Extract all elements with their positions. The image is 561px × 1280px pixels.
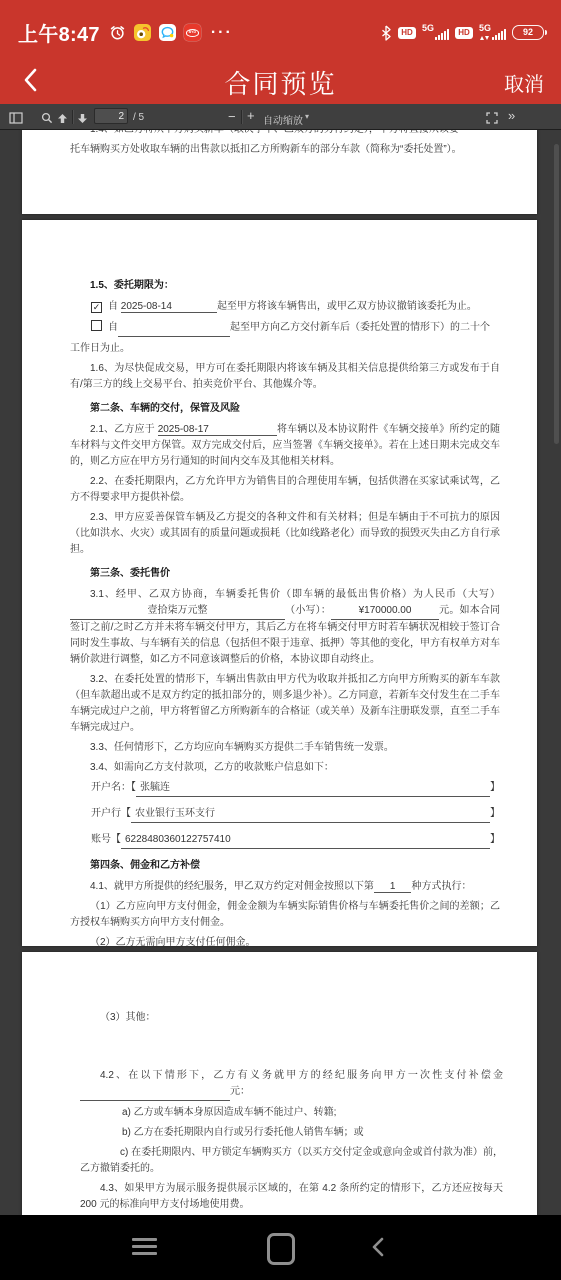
delivery-date-value: 2025-08-17 <box>158 424 277 436</box>
page-number-input[interactable] <box>94 108 128 124</box>
term-option-2-row: 自 起至甲方向乙方交付新车后（委托处置的情形下）的二十个 <box>70 319 500 337</box>
clause-1-4-clipped: 1.4、如乙方将从甲方购买新车（取决于甲、乙双方的另行约定），甲方将直接从该委 <box>70 130 500 139</box>
section-4-heading: 第四条、佣金和乙方补偿 <box>70 858 500 874</box>
clause-1-4-line2: 托车辆购买方处收取车辆的出售款以抵扣乙方所购新车的部分车款（简称为“委托处置”）… <box>70 142 500 158</box>
toolbar-overflow-button[interactable]: » <box>508 109 515 122</box>
account-number-row: 账号【6228480360122757410】 <box>70 832 500 849</box>
expand-icon <box>486 112 498 124</box>
previous-page-button[interactable] <box>57 111 68 129</box>
clause-4-1-opt1: （1）乙方应向甲方支付佣金，佣金金额为车辆实际销售价格与车辆委托售价之间的差额；… <box>70 899 500 931</box>
arrow-up-icon <box>57 113 68 124</box>
scrollbar-thumb[interactable] <box>554 144 559 444</box>
page-count-label: / 5 <box>133 112 144 123</box>
clause-4-2-item-b: b) 乙方在委托期限内自行或另行委托他人销售车辆；或 <box>80 1125 503 1141</box>
term-option-2-cont: 工作日为止。 <box>70 341 500 357</box>
pdf-page-1: 1.4、如乙方将从甲方购买新车（取决于甲、乙双方的另行约定），甲方将直接从该委 … <box>22 130 537 214</box>
term-option-1-row: ✓自 2025-08-14起至甲方将该车辆售出，或甲乙双方协议撤销该委托为止。 <box>70 299 500 315</box>
next-page-button[interactable] <box>77 111 88 129</box>
section-2-heading: 第二条、车辆的交付，保管及风险 <box>70 401 500 417</box>
chat-app-icon <box>159 24 176 41</box>
battery-level: 92 <box>512 25 544 40</box>
pdf-toolbar: / 5 − + 自动缩放 ▾ » <box>0 104 561 130</box>
weibo-icon <box>134 24 151 41</box>
menu-icon <box>132 1238 157 1241</box>
app-header: 合同预览 取消 <box>0 55 561 104</box>
amount-chinese-value: 壹拾柒万元整 <box>70 603 285 620</box>
home-button[interactable] <box>267 1233 295 1265</box>
byd-app-icon: BYD <box>184 24 201 41</box>
presentation-mode-button[interactable] <box>486 111 498 129</box>
pdf-page-2: 1.5、委托期限为： ✓自 2025-08-14起至甲方将该车辆售出，或甲乙双方… <box>22 220 537 946</box>
nav-back-chevron-icon <box>370 1236 386 1258</box>
clause-4-1: 4.1、就甲方所提供的经纪服务，甲乙双方约定对佣金按照以下第1种方式执行： <box>70 879 500 895</box>
status-bar: 上午8:47 BYD ··· HD <box>0 0 561 55</box>
find-button[interactable] <box>41 111 53 129</box>
section-3-heading: 第三条、委托售价 <box>70 566 500 582</box>
account-number-value: 6228480360122757410 <box>121 832 490 849</box>
toolbar-divider <box>241 110 242 124</box>
alarm-icon <box>109 24 126 41</box>
amount-numeric-value: ¥170000.00 <box>331 603 439 620</box>
recents-button[interactable] <box>132 1238 157 1255</box>
start-date-value: 2025-08-14 <box>121 301 217 313</box>
clause-4-3: 4.3、如果甲方为展示服务提供展示区域的，在第 4.2 条所约定的情形下，乙方还… <box>80 1181 503 1213</box>
bank-value: 农业银行玉环支行 <box>131 806 490 823</box>
account-holder-row: 开户名：【张毓连】 <box>70 780 500 797</box>
clause-4-2-item-a: a) 乙方或车辆本身原因造成车辆不能过户、转籍; <box>80 1105 503 1121</box>
sidebar-toggle-button[interactable] <box>9 111 23 129</box>
clause-2-3: 2.3、甲方应妥善保管车辆及乙方提交的各种文件和有关材料；但是车辆由于不可抗力的… <box>70 510 500 558</box>
bluetooth-icon <box>380 25 392 41</box>
clause-4-2-item-c: c) 在委托期限内、甲方锁定车辆购买方（以买方交付定金或意向金或首付款为准）前，… <box>80 1145 503 1177</box>
toolbar-divider <box>72 110 73 124</box>
zoom-in-button[interactable]: + <box>247 109 255 122</box>
notification-icons: BYD ··· <box>109 24 233 42</box>
zoom-out-button[interactable]: − <box>228 110 236 123</box>
bank-label: 开户行【 <box>91 806 131 822</box>
commission-mode-value: 1 <box>374 881 412 893</box>
pdf-page-3: （3）其他： 4.2、在以下情形下，乙方有义务就甲方的经纪服务向甲方一次性支付补… <box>22 952 537 1215</box>
volte-hd-icon-1: HD <box>398 27 416 39</box>
clause-3-4: 3.4、如需向乙方支付款项，乙方的收款账户信息如下： <box>70 760 500 776</box>
zoom-select[interactable]: 自动缩放 <box>263 112 303 127</box>
signal-bars-icon <box>492 29 506 40</box>
checkbox-checked-icon[interactable]: ✓ <box>91 302 102 313</box>
clause-3-2: 3.2、在委托处置的情形下，车辆出售款由甲方代为收取并抵扣乙方向甲方所购买的新车… <box>70 672 500 736</box>
signal-5g-icon-2: 5G <box>479 24 506 41</box>
clause-1-5-title: 1.5、委托期限为： <box>70 278 500 294</box>
arrow-down-icon <box>77 113 88 124</box>
clause-4-1-opt3: （3）其他： <box>80 1010 503 1026</box>
bank-row: 开户行【农业银行玉环支行】 <box>70 806 500 823</box>
account-number-label: 账号【 <box>91 832 121 848</box>
clock-text: 上午8:47 <box>18 18 100 47</box>
pdf-viewer[interactable]: 1.4、如乙方将从甲方购买新车（取决于甲、乙双方的另行约定），甲方将直接从该委 … <box>0 130 561 1215</box>
more-notifications-dots: ··· <box>211 24 233 42</box>
volte-hd-icon-2: HD <box>455 27 473 39</box>
clause-4-1-opt2: （2）乙方无需向甲方支付任何佣金。 <box>70 935 500 951</box>
compensation-blank <box>80 1084 230 1101</box>
data-activity-icon <box>480 36 489 40</box>
android-nav-bar <box>0 1215 561 1280</box>
blank-underline <box>118 320 230 337</box>
system-status-icons: HD 5G HD 5G 92 <box>380 24 547 41</box>
battery-icon: 92 <box>512 25 547 40</box>
signal-5g-icon-1: 5G <box>422 24 449 41</box>
account-holder-label: 开户名：【 <box>91 780 136 796</box>
checkbox-unchecked-icon[interactable] <box>91 320 102 331</box>
sidebar-icon <box>9 112 23 124</box>
zoom-caret-icon: ▾ <box>305 112 309 121</box>
account-holder-value: 张毓连 <box>136 780 490 797</box>
clause-3-3: 3.3、任何情形下，乙方均应向车辆购买方提供二手车销售统一发票。 <box>70 740 500 756</box>
cancel-button[interactable]: 取消 <box>504 68 544 97</box>
clause-2-1: 2.1、乙方应于 2025-08-17将车辆以及本协议附件《车辆交接单》所约定的… <box>70 422 500 470</box>
clause-3-1: 3.1、经甲、乙双方协商，车辆委托售价（即车辆的最低出售价格）为人民币（大写）壹… <box>70 587 500 668</box>
nav-back-button[interactable] <box>370 1236 386 1263</box>
page-title: 合同预览 <box>0 64 561 101</box>
clause-2-2: 2.2、在委托期限内，乙方允许甲方为销售目的合理使用车辆，包括供潜在买家试乘试驾… <box>70 474 500 506</box>
clause-4-2: 4.2、在以下情形下，乙方有义务就甲方的经纪服务向甲方一次性支付补偿金 元： <box>80 1068 503 1101</box>
signal-bars-icon <box>435 29 449 40</box>
search-icon <box>41 112 53 124</box>
clause-1-6: 1.6、为尽快促成交易，甲方可在委托期限内将该车辆及其相关信息提供给第三方或发布… <box>70 361 500 393</box>
